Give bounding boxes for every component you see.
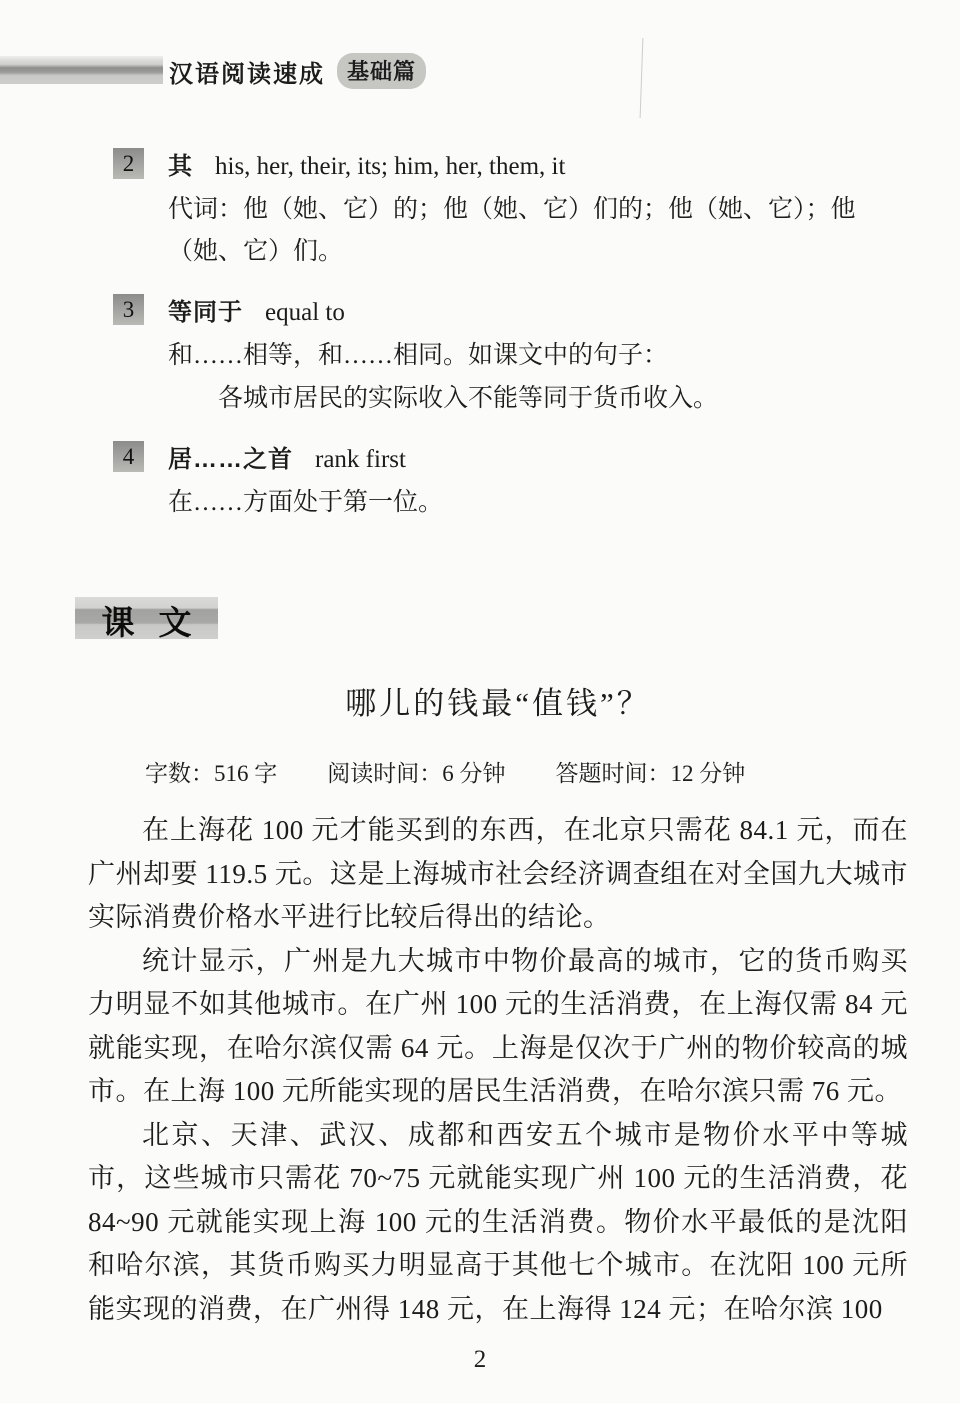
header-gradient-bar: [0, 56, 163, 84]
book-title: 汉语阅读速成 基础篇: [169, 53, 426, 89]
page-number: 2: [0, 1346, 960, 1374]
vocab-term: 等同于: [168, 292, 243, 334]
section-heading-label: 课文: [78, 597, 216, 644]
vocab-example-sentence: 各城市居民的实际收入不能等同于货币收入。: [168, 378, 718, 420]
vocab-english-gloss: his, her, their, its; him, her, them, it: [215, 146, 565, 188]
vocab-number-badge: 4: [113, 441, 144, 472]
passage-meta-row: 字数：516 字 阅读时间：6 分钟 答题时间：12 分钟: [145, 755, 908, 788]
book-title-text: 汉语阅读速成: [169, 54, 325, 89]
vocab-definition: 代词：他（她、它）的；他（她、它）们的；他（她、它）；他（她、它）们。: [168, 189, 913, 273]
scan-fold-artifact: [640, 38, 644, 118]
section-heading-bar: 课文: [75, 597, 218, 639]
vocab-headword-row: 等同于 equal to: [168, 292, 718, 334]
vocab-body: 等同于 equal to 和……相等，和……相同。如课文中的句子： 各城市居民的…: [168, 292, 718, 420]
book-page: { "header": { "title": "汉语阅读速成", "badge"…: [0, 0, 960, 1403]
book-series-badge: 基础篇: [337, 53, 426, 89]
vocab-item-4: 4 居……之首 rank first 在……方面处于第一位。: [113, 439, 913, 524]
passage-paragraph-1: 在上海花 100 元才能买到的东西，在北京只需花 84.1 元，而在广州却要 1…: [88, 809, 908, 940]
passage-paragraph-2: 统计显示，广州是九大城市中物价最高的城市，它的货币购买力明显不如其他城市。在广州…: [88, 940, 908, 1114]
vocab-english-gloss: equal to: [265, 292, 345, 334]
vocab-number-badge: 2: [113, 148, 144, 179]
reading-time: 阅读时间：6 分钟: [327, 755, 505, 788]
vocab-definition: 在……方面处于第一位。: [168, 482, 443, 524]
vocab-item-3: 3 等同于 equal to 和……相等，和……相同。如课文中的句子： 各城市居…: [113, 292, 913, 420]
vocab-term: 居……之首: [168, 439, 293, 481]
vocab-body: 居……之首 rank first 在……方面处于第一位。: [168, 439, 443, 524]
reading-passage: 哪儿的钱最“值钱”？ 字数：516 字 阅读时间：6 分钟 答题时间：12 分钟…: [88, 678, 908, 1331]
word-count: 字数：516 字: [145, 755, 277, 788]
vocab-headword-row: 其 his, her, their, its; him, her, them, …: [168, 146, 913, 188]
answer-time: 答题时间：12 分钟: [556, 755, 746, 788]
vocabulary-list: 2 其 his, her, their, its; him, her, them…: [113, 146, 913, 543]
vocab-term: 其: [168, 146, 193, 188]
vocab-english-gloss: rank first: [315, 439, 406, 481]
passage-title: 哪儿的钱最“值钱”？: [88, 678, 908, 723]
passage-paragraph-3: 北京、天津、武汉、成都和西安五个城市是物价水平中等城市，这些城市只需花 70~7…: [88, 1114, 908, 1332]
vocab-definition: 和……相等，和……相同。如课文中的句子：: [168, 335, 718, 377]
vocab-body: 其 his, her, their, its; him, her, them, …: [168, 146, 913, 273]
vocab-headword-row: 居……之首 rank first: [168, 439, 443, 481]
vocab-number-badge: 3: [113, 294, 144, 325]
vocab-item-2: 2 其 his, her, their, its; him, her, them…: [113, 146, 913, 273]
passage-body: 在上海花 100 元才能买到的东西，在北京只需花 84.1 元，而在广州却要 1…: [88, 809, 908, 1331]
